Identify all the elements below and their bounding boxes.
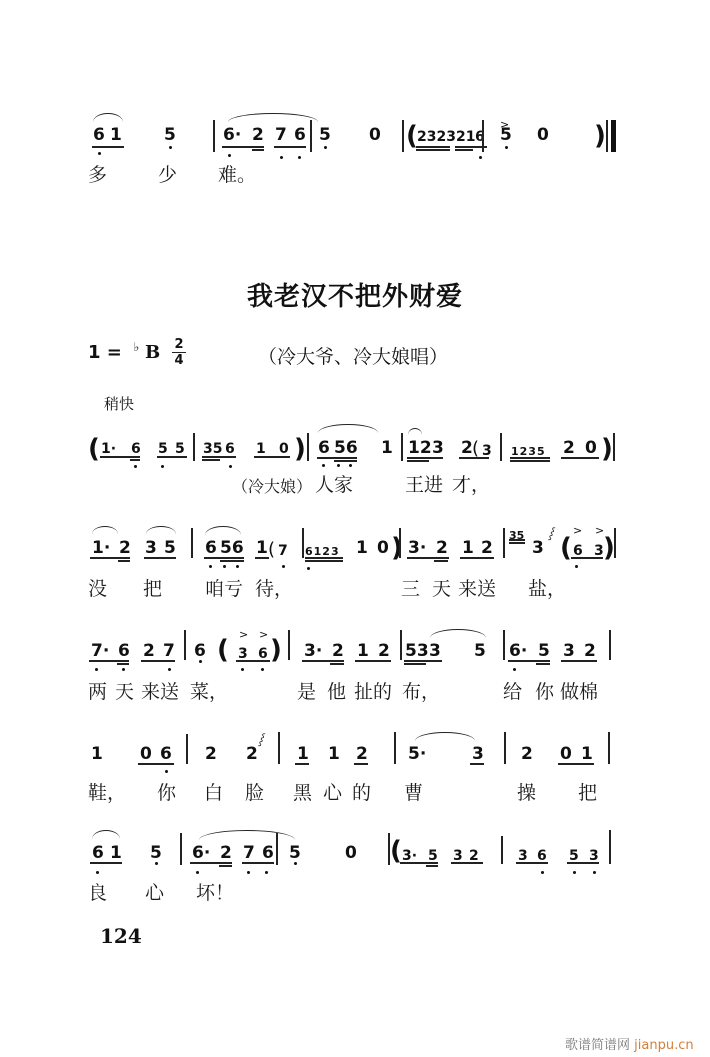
note: 1 xyxy=(110,125,122,145)
low-octave-dot xyxy=(228,154,231,157)
underline xyxy=(426,865,438,867)
note: 3· xyxy=(408,538,426,558)
note: 1 xyxy=(328,744,340,764)
note: 2 xyxy=(205,744,217,764)
watermark-cn: 歌谱简谱网 xyxy=(565,1038,630,1053)
lyric: 坏！ xyxy=(196,882,234,904)
note: 6· xyxy=(192,843,210,863)
underline xyxy=(190,862,232,864)
barline xyxy=(288,630,290,660)
lyric: 做棉 xyxy=(560,681,598,703)
barline xyxy=(503,630,505,660)
underline xyxy=(407,460,429,462)
underline xyxy=(561,457,599,459)
underline xyxy=(416,149,450,151)
note: 1 xyxy=(256,538,268,558)
note: 5· xyxy=(408,744,426,764)
slur xyxy=(199,830,295,840)
note: 1 xyxy=(357,641,369,661)
note: 5 xyxy=(150,843,162,863)
underline xyxy=(202,459,220,461)
note: 5 xyxy=(164,538,176,558)
time-signature: 2 4 xyxy=(172,338,186,367)
lyric: 少 xyxy=(158,164,177,186)
note: 0 xyxy=(345,843,357,863)
note: 7· xyxy=(91,641,109,661)
note: 6· xyxy=(223,125,241,145)
low-octave-dot xyxy=(223,565,226,568)
note: 1· xyxy=(92,538,110,558)
note: 6 xyxy=(92,843,104,863)
lyric: （冷大娘） xyxy=(232,476,312,498)
low-octave-dot xyxy=(236,565,239,568)
open-paren: ( xyxy=(217,637,229,663)
note: 0 xyxy=(537,125,549,145)
barline xyxy=(307,433,309,461)
lyric: 才， xyxy=(452,474,490,496)
low-octave-dot xyxy=(196,871,199,874)
note: 2 xyxy=(521,744,533,764)
note: 6 xyxy=(118,641,130,661)
barline xyxy=(500,433,502,461)
note: 6 xyxy=(205,538,217,558)
underline xyxy=(100,456,140,458)
note: 6 xyxy=(318,438,330,458)
lyric: 人家 xyxy=(315,474,353,496)
flat-icon: ♭ xyxy=(134,340,140,354)
underline xyxy=(117,663,129,665)
barline xyxy=(609,630,611,660)
underline xyxy=(508,660,550,662)
note: 5 xyxy=(289,843,301,863)
accent-mark: > xyxy=(239,628,248,641)
lyric: 操 xyxy=(517,782,536,804)
underline xyxy=(219,865,232,867)
slur xyxy=(430,629,486,638)
underline xyxy=(334,460,357,462)
underline xyxy=(567,862,599,864)
low-octave-dot xyxy=(307,567,310,570)
note: 3 xyxy=(145,538,157,558)
note: 3 xyxy=(432,438,444,458)
close-paren: ) xyxy=(294,436,306,462)
low-octave-dot xyxy=(96,871,99,874)
note: 6 xyxy=(93,125,105,145)
low-octave-dot xyxy=(294,862,297,865)
low-octave-dot xyxy=(280,156,283,159)
note: 0 xyxy=(140,744,152,764)
underline xyxy=(355,660,391,662)
key-label: 1 = xyxy=(88,342,122,363)
low-octave-dot xyxy=(169,146,172,149)
lyric: 良 xyxy=(88,882,107,904)
lyric: 你 xyxy=(535,681,554,703)
low-octave-dot xyxy=(541,871,544,874)
note: 0 xyxy=(560,744,572,764)
low-octave-dot xyxy=(593,871,596,874)
note: 5 xyxy=(474,641,486,661)
note: 7 xyxy=(275,125,287,145)
note: 2323 xyxy=(417,127,456,147)
underline xyxy=(302,660,344,662)
slur xyxy=(146,526,176,534)
note: 5 xyxy=(319,125,331,145)
low-octave-dot xyxy=(324,146,327,149)
barline xyxy=(302,528,304,558)
note: 2 xyxy=(332,641,344,661)
underline xyxy=(404,660,442,662)
note: 1 xyxy=(356,538,368,558)
note: 6 xyxy=(160,744,172,764)
underline xyxy=(254,456,290,458)
low-octave-dot xyxy=(575,565,578,568)
low-octave-dot xyxy=(349,464,352,467)
underline xyxy=(404,663,426,665)
barline xyxy=(504,732,506,764)
barline xyxy=(399,528,401,558)
underline xyxy=(274,146,306,148)
barline xyxy=(608,732,610,764)
time-numerator: 2 xyxy=(172,338,186,351)
lyric: 天 xyxy=(115,681,134,703)
underline xyxy=(222,146,264,148)
barline xyxy=(503,528,505,558)
low-octave-dot xyxy=(479,156,482,159)
underline xyxy=(516,862,548,864)
lyric: 扯的 xyxy=(354,681,392,703)
underline xyxy=(455,149,473,151)
low-octave-dot xyxy=(209,565,212,568)
page-number: 124 xyxy=(100,924,142,948)
note: 5 xyxy=(500,125,512,145)
note: 1 xyxy=(581,744,593,764)
underline xyxy=(434,560,448,562)
barline xyxy=(191,528,193,558)
barline xyxy=(402,120,404,152)
note: 2 xyxy=(252,125,264,145)
underline xyxy=(236,660,270,662)
underline xyxy=(305,557,343,559)
underline xyxy=(317,457,357,459)
note: 0 xyxy=(377,538,389,558)
underline xyxy=(144,557,176,559)
low-octave-dot xyxy=(199,660,202,663)
underline xyxy=(571,557,603,559)
note: 2 xyxy=(481,538,493,558)
note: 3 xyxy=(482,441,492,461)
low-octave-dot xyxy=(513,668,516,671)
low-octave-dot xyxy=(573,871,576,874)
low-octave-dot xyxy=(98,152,101,155)
note: 2 xyxy=(119,538,131,558)
underline xyxy=(407,557,449,559)
note: 1235 xyxy=(511,442,546,462)
lyric: 两 xyxy=(88,681,107,703)
underline xyxy=(202,456,236,458)
lyric: 心 xyxy=(145,882,164,904)
note: 2 xyxy=(584,641,596,661)
note: 21 xyxy=(456,127,475,147)
underline xyxy=(558,763,594,765)
note: 0 xyxy=(369,125,381,145)
lyric: 王进 xyxy=(405,474,443,496)
barline xyxy=(184,630,186,660)
open-paren: ( xyxy=(390,838,402,864)
underline xyxy=(138,763,174,765)
underline xyxy=(90,557,130,559)
note: 3 xyxy=(532,538,544,558)
note: 3 xyxy=(472,744,484,764)
close-paren: ) xyxy=(270,637,282,663)
note: 1 xyxy=(297,744,309,764)
underline xyxy=(141,660,175,662)
underline xyxy=(470,763,484,765)
note: 1 xyxy=(462,538,474,558)
lyric: 给 xyxy=(503,681,522,703)
close-paren: ) xyxy=(601,436,613,462)
low-octave-dot xyxy=(229,465,232,468)
song-title: 我老汉不把外财爱 xyxy=(0,276,710,313)
note: 6 xyxy=(194,641,206,661)
note: 5 xyxy=(164,125,176,145)
note: 7 xyxy=(278,541,288,561)
lyric: 咱亏 xyxy=(205,578,243,600)
note: 56 xyxy=(334,438,358,458)
watermark: 歌谱简谱网 jianpu.cn xyxy=(565,1034,694,1053)
barline xyxy=(278,732,280,764)
barline xyxy=(310,120,312,152)
note: 1 xyxy=(91,744,103,764)
lyric: 把 xyxy=(578,782,597,804)
low-octave-dot xyxy=(261,668,264,671)
low-octave-dot xyxy=(505,146,508,149)
barline xyxy=(400,630,402,660)
accent-mark: > xyxy=(259,628,268,641)
low-octave-dot xyxy=(241,668,244,671)
note: 56 xyxy=(220,538,244,558)
underline xyxy=(451,862,483,864)
underline xyxy=(354,763,368,765)
underline xyxy=(510,460,550,462)
lyric: 你 xyxy=(157,782,176,804)
note: 7 xyxy=(163,641,175,661)
low-octave-dot xyxy=(168,668,171,671)
underline xyxy=(89,660,129,662)
underline xyxy=(305,560,343,562)
barline xyxy=(276,833,278,865)
note: 2 xyxy=(436,538,448,558)
lyric: 没 xyxy=(88,578,107,600)
underline xyxy=(130,459,140,461)
lyric: 盐， xyxy=(528,578,566,600)
watermark-en: jianpu.cn xyxy=(634,1038,693,1053)
accent-mark: > xyxy=(573,524,582,537)
underline xyxy=(510,457,550,459)
low-octave-dot xyxy=(122,668,125,671)
lyric: 黑 xyxy=(293,782,312,804)
underline xyxy=(536,663,550,665)
note: 6123 xyxy=(305,542,340,562)
barline xyxy=(394,732,396,764)
note: 7 xyxy=(243,843,255,863)
underline xyxy=(509,539,525,541)
low-octave-dot xyxy=(298,156,301,159)
key-note: B xyxy=(145,342,160,363)
note: 2 xyxy=(246,744,258,764)
slur xyxy=(318,424,378,433)
underline xyxy=(157,456,187,458)
note: 2 xyxy=(378,641,390,661)
slur xyxy=(408,428,422,435)
slur xyxy=(92,830,120,839)
lyric: 心 xyxy=(323,782,342,804)
low-octave-dot xyxy=(247,871,250,874)
glissando-mark: ⸾ xyxy=(547,524,557,541)
lyric: 的 xyxy=(352,782,371,804)
low-octave-dot xyxy=(134,465,137,468)
note: 6 xyxy=(262,843,274,863)
singers-label: （冷大爷、冷大娘唱） xyxy=(258,342,448,369)
lyric: 脸 xyxy=(245,782,264,804)
lyric: 鞋， xyxy=(88,782,126,804)
lyric: 待， xyxy=(255,578,293,600)
underline xyxy=(118,560,130,562)
barline xyxy=(609,830,611,864)
barline xyxy=(614,528,616,558)
low-octave-dot xyxy=(95,668,98,671)
underline xyxy=(242,862,274,864)
final-barline xyxy=(611,120,616,152)
lyric: 白 xyxy=(204,782,223,804)
low-octave-dot xyxy=(282,565,285,568)
note: 2 xyxy=(220,843,232,863)
lyric: 布， xyxy=(402,681,440,703)
slur xyxy=(92,526,118,534)
note: 1 xyxy=(381,438,393,458)
barline xyxy=(213,120,215,152)
low-octave-dot xyxy=(322,464,325,467)
barline xyxy=(501,836,503,864)
open-paren: ( xyxy=(472,436,479,462)
underline xyxy=(400,862,438,864)
tempo-marking: 稍快 xyxy=(104,393,134,414)
note: 5 xyxy=(538,641,550,661)
barline xyxy=(186,734,188,764)
note: 6· xyxy=(509,641,527,661)
slur xyxy=(228,113,318,122)
low-octave-dot xyxy=(337,464,340,467)
note: 3 xyxy=(563,641,575,661)
open-paren: ( xyxy=(88,436,100,462)
low-octave-dot xyxy=(165,770,168,773)
lyric: 曹 xyxy=(404,782,423,804)
note: 3· xyxy=(304,641,322,661)
barline xyxy=(180,833,182,865)
note: 2 xyxy=(143,641,155,661)
note: 3 xyxy=(429,641,441,661)
underline xyxy=(330,663,344,665)
barline xyxy=(482,120,484,152)
barline xyxy=(613,433,615,461)
underline xyxy=(252,149,264,151)
underline xyxy=(509,542,525,544)
note: 12 xyxy=(408,438,432,458)
close-paren: ) xyxy=(594,123,606,149)
underline xyxy=(407,457,443,459)
close-paren: ) xyxy=(391,535,403,561)
key-signature: 1 = ♭ B xyxy=(88,340,160,363)
barline xyxy=(193,433,195,461)
barline xyxy=(401,433,403,461)
lyric: 来送 xyxy=(141,681,179,703)
lyric: 把 xyxy=(143,578,162,600)
note: 2 xyxy=(356,744,368,764)
low-octave-dot xyxy=(161,465,164,468)
slur xyxy=(415,732,475,741)
open-paren: ( xyxy=(268,537,275,563)
note: 1 xyxy=(110,843,122,863)
lyric: 菜， xyxy=(190,681,228,703)
underline xyxy=(220,560,244,562)
glissando-mark: ⸾ xyxy=(257,730,267,747)
underline xyxy=(92,146,124,148)
slur xyxy=(205,526,241,535)
barline xyxy=(606,120,608,152)
underline xyxy=(460,557,494,559)
slur xyxy=(93,113,123,122)
note: 0 xyxy=(585,438,597,458)
lyric: 天 xyxy=(432,578,451,600)
underline xyxy=(90,862,122,864)
note: 6 xyxy=(294,125,306,145)
underline xyxy=(204,557,244,559)
low-octave-dot xyxy=(155,862,158,865)
lyric: 是 xyxy=(297,681,316,703)
lyric: 多 xyxy=(88,164,107,186)
underline xyxy=(416,146,450,148)
low-octave-dot xyxy=(265,871,268,874)
lyric: 三 xyxy=(401,578,420,600)
underline xyxy=(255,557,269,559)
lyric: 来送 xyxy=(458,578,496,600)
underline xyxy=(295,763,309,765)
lyric: 他 xyxy=(327,681,346,703)
lyric: 难。 xyxy=(218,164,256,186)
underline xyxy=(561,660,597,662)
note: 53 xyxy=(405,641,429,661)
note: 2 xyxy=(563,438,575,458)
time-denominator: 4 xyxy=(172,354,186,367)
